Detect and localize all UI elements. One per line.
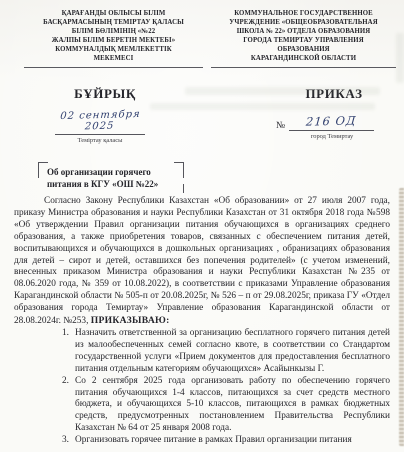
item-number: 1. [62, 328, 75, 376]
order-date-block: 02 сентября 2025 Теміртау қаласы [55, 110, 145, 144]
document-header: ҚАРАҒАНДЫ ОБЛЫСЫ БІЛІМ БАСҚАРМАСЫНЫҢ ТЕМ… [24, 10, 396, 68]
handwritten-date: 02 сентября 2025 [54, 109, 146, 133]
subject-text: Об организации горячего питания в КГУ «О… [47, 166, 177, 190]
order-title-kazakh: БҰЙРЫҚ [59, 86, 151, 102]
handwritten-number: 216 ОД [306, 113, 358, 128]
scanned-order-document: ҚАРАҒАНДЫ ОБЛЫСЫ БІЛІМ БАСҚАРМАСЫНЫҢ ТЕМ… [0, 0, 404, 452]
scan-page-edge-artifact [399, 188, 404, 446]
org-name-russian: КОММУНАЛЬНОЕ ГОСУДАРСТВЕННОЕ УЧРЕЖДЕНИЕ … [211, 10, 396, 68]
order-items-list: 1. Назначить ответственной за организаци… [14, 328, 390, 447]
intro-paragraph: Согласно Закону Республики Казахстан «Об… [14, 196, 390, 328]
item-number: 2. [62, 376, 75, 436]
org-name-kazakh: ҚАРАҒАНДЫ ОБЛЫСЫ БІЛІМ БАСҚАРМАСЫНЫҢ ТЕМ… [24, 10, 203, 68]
order-item-2: 2. Со 2 сентября 2025 года организовать … [62, 376, 390, 436]
order-item-1: 1. Назначить ответственной за организаци… [62, 328, 390, 376]
directive-word: ПРИКАЗЫВАЮ: [91, 315, 170, 326]
order-item-3: 3. Организовать горячее питание в рамках… [62, 435, 390, 447]
place-russian-caption: город Темиртау [290, 133, 374, 140]
item-number: 3. [62, 435, 75, 447]
number-sign-label: № [276, 121, 289, 131]
place-kazakh-caption: Теміртау қаласы [55, 137, 145, 144]
date-underline: 02 сентября 2025 [55, 110, 145, 135]
order-title-russian: ПРИКАЗ [288, 86, 380, 102]
bleed-through-smudge [150, 103, 375, 110]
order-number-block: № 216 ОД город Темиртау [276, 112, 374, 140]
frame-corner-mark [183, 184, 184, 193]
item-text: Назначить ответственной за организацию б… [75, 328, 390, 376]
bleed-through-smudge [396, 33, 404, 83]
item-text: Со 2 сентября 2025 года организовать раб… [75, 376, 390, 436]
subject-frame: Об организации горячего питания в КГУ «О… [38, 162, 184, 195]
intro-text: Согласно Закону Республики Казахстан «Об… [14, 196, 390, 326]
document-body: Согласно Закону Республики Казахстан «Об… [14, 196, 390, 447]
number-row: № 216 ОД [276, 112, 374, 131]
item-text: Организовать горячее питание в рамках Пр… [75, 435, 390, 447]
number-underline: 216 ОД [289, 112, 374, 131]
